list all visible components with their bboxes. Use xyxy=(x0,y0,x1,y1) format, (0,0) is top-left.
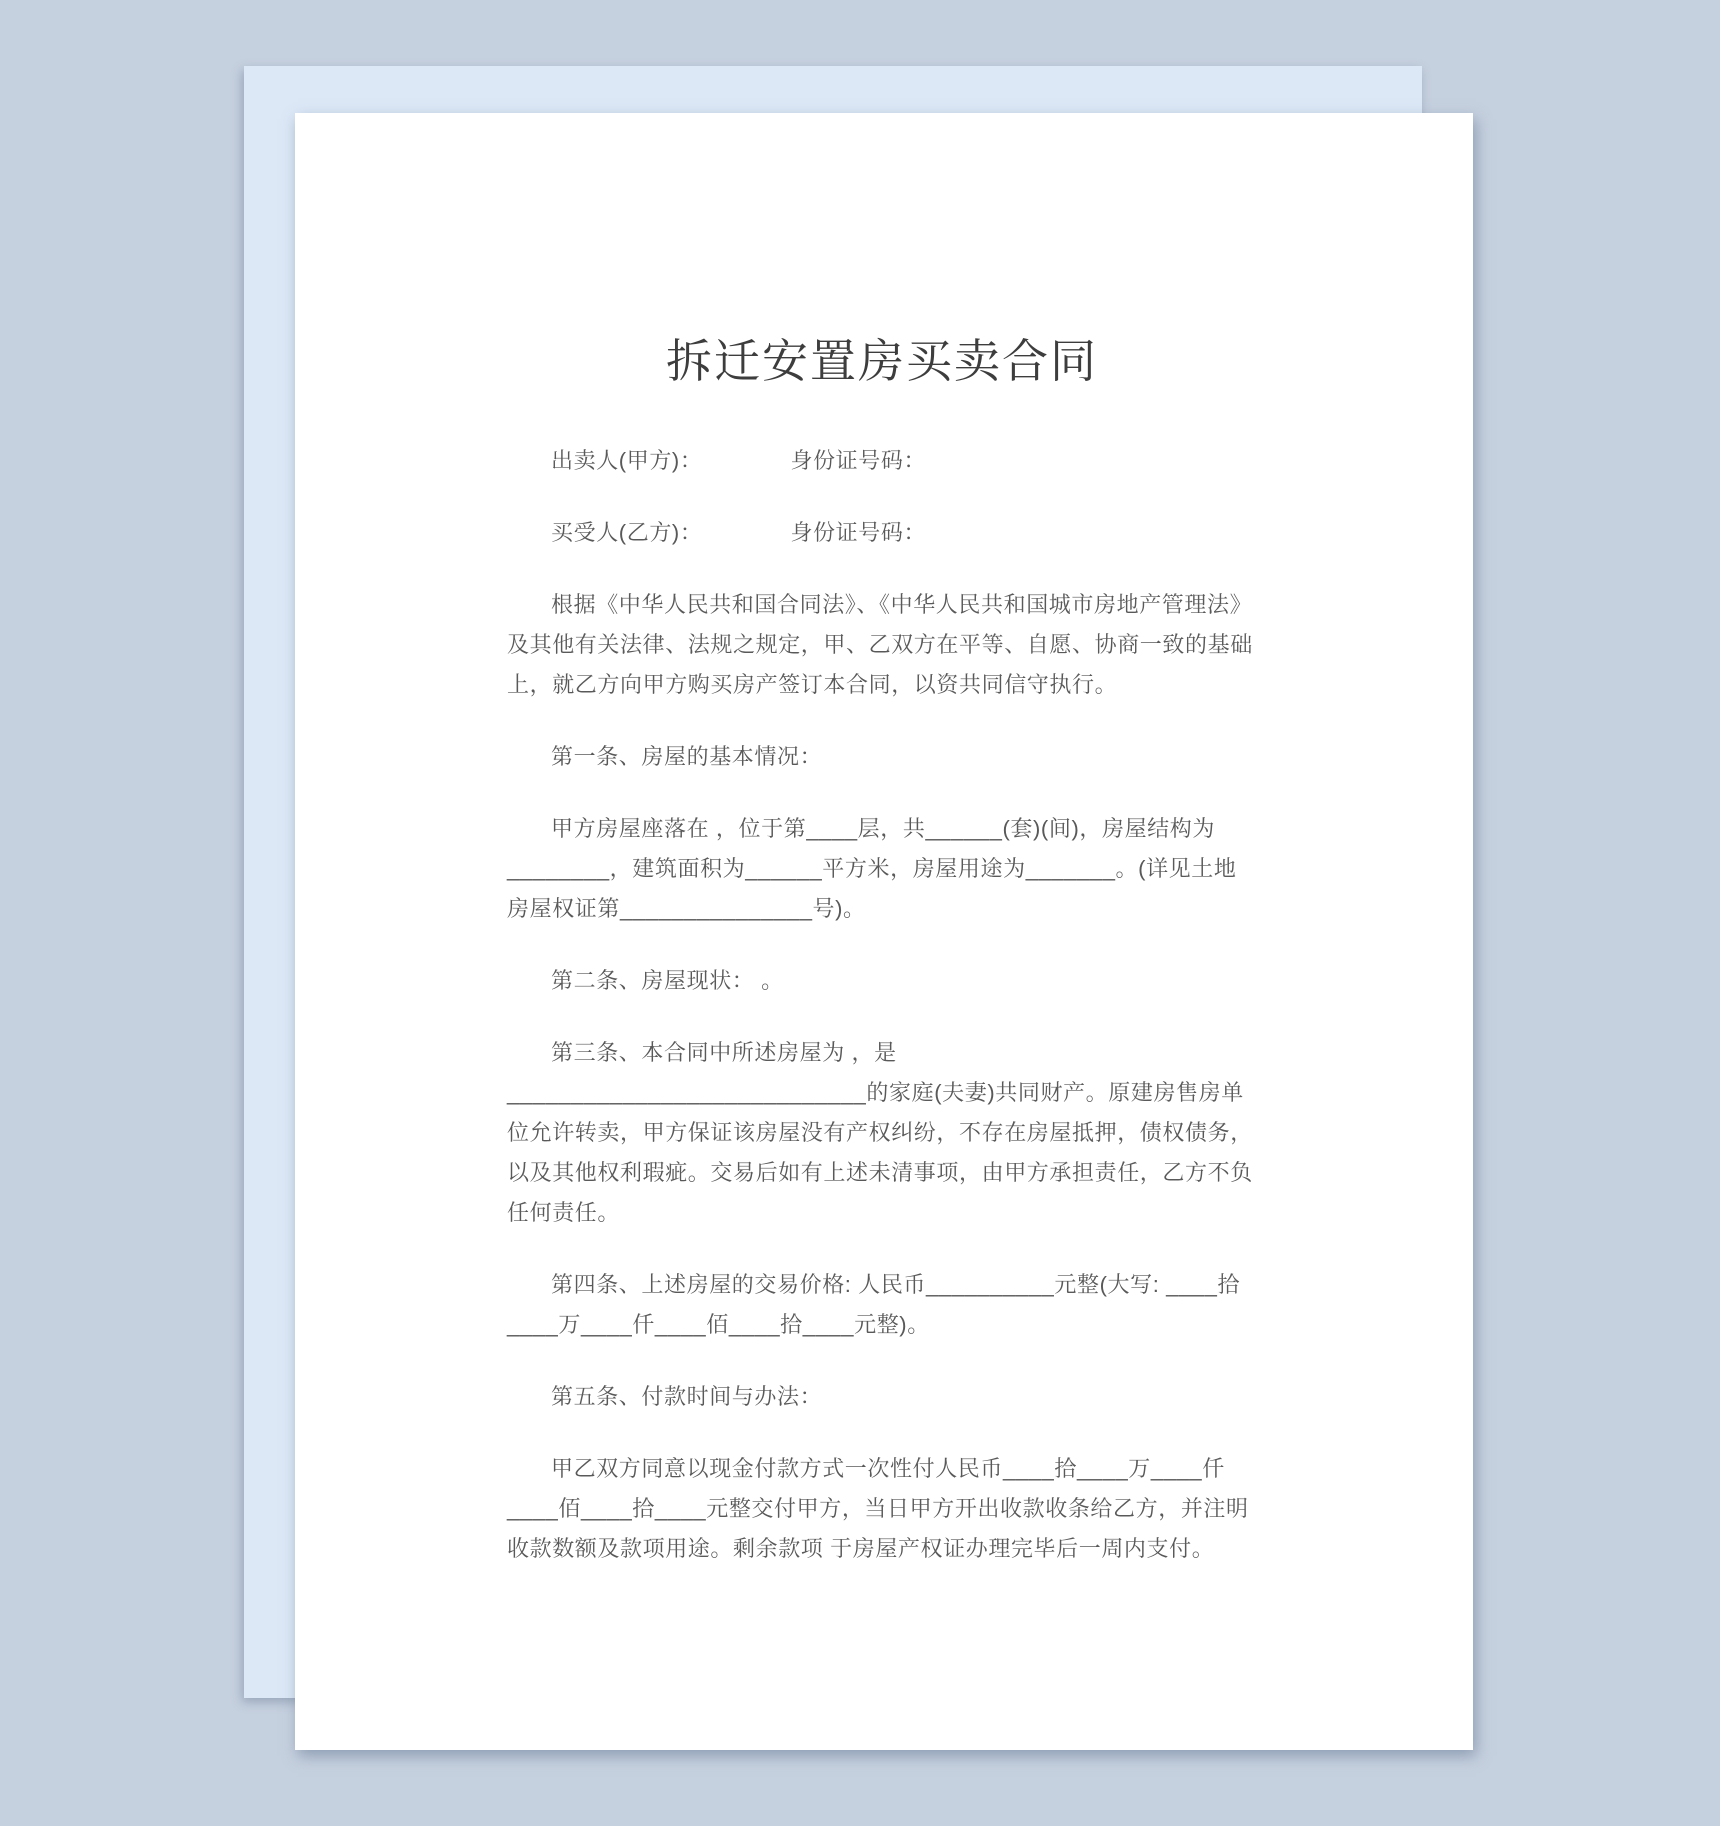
buyer-id-label: 身份证号码： xyxy=(790,520,926,545)
clause2-paragraph: 第二条、房屋现状： 。 xyxy=(507,961,1257,1001)
clause1-body: 甲方房屋座落在 ，位于第____层，共______(套)(间)，房屋结构为___… xyxy=(507,809,1257,929)
seller-label: 出卖人(甲方)： xyxy=(551,448,702,473)
clause5-heading: 第五条、付款时间与办法： xyxy=(507,1377,1257,1417)
contract-page: 拆迁安置房买卖合同 出卖人(甲方)：身份证号码： 买受人(乙方)：身份证号码： … xyxy=(295,113,1473,1750)
desk-background: 拆迁安置房买卖合同 出卖人(甲方)：身份证号码： 买受人(乙方)：身份证号码： … xyxy=(0,0,1720,1826)
seller-id-label: 身份证号码： xyxy=(790,448,926,473)
clause5-body: 甲乙双方同意以现金付款方式一次性付人民币____拾____万____仟____佰… xyxy=(507,1449,1257,1569)
contract-title: 拆迁安置房买卖合同 xyxy=(507,337,1257,385)
clause1-heading: 第一条、房屋的基本情况： xyxy=(507,737,1257,777)
buyer-label: 买受人(乙方)： xyxy=(551,520,702,545)
clause4-paragraph: 第四条、上述房屋的交易价格: 人民币__________元整(大写: ____拾… xyxy=(507,1265,1257,1345)
seller-party-line: 出卖人(甲方)：身份证号码： xyxy=(507,441,1257,481)
clause3-paragraph: 第三条、本合同中所述房屋为 ，是 _______________________… xyxy=(507,1033,1257,1233)
buyer-party-line: 买受人(乙方)：身份证号码： xyxy=(507,513,1257,553)
preamble-paragraph: 根据《中华人民共和国合同法》、《中华人民共和国城市房地产管理法》及其他有关法律、… xyxy=(507,585,1257,705)
